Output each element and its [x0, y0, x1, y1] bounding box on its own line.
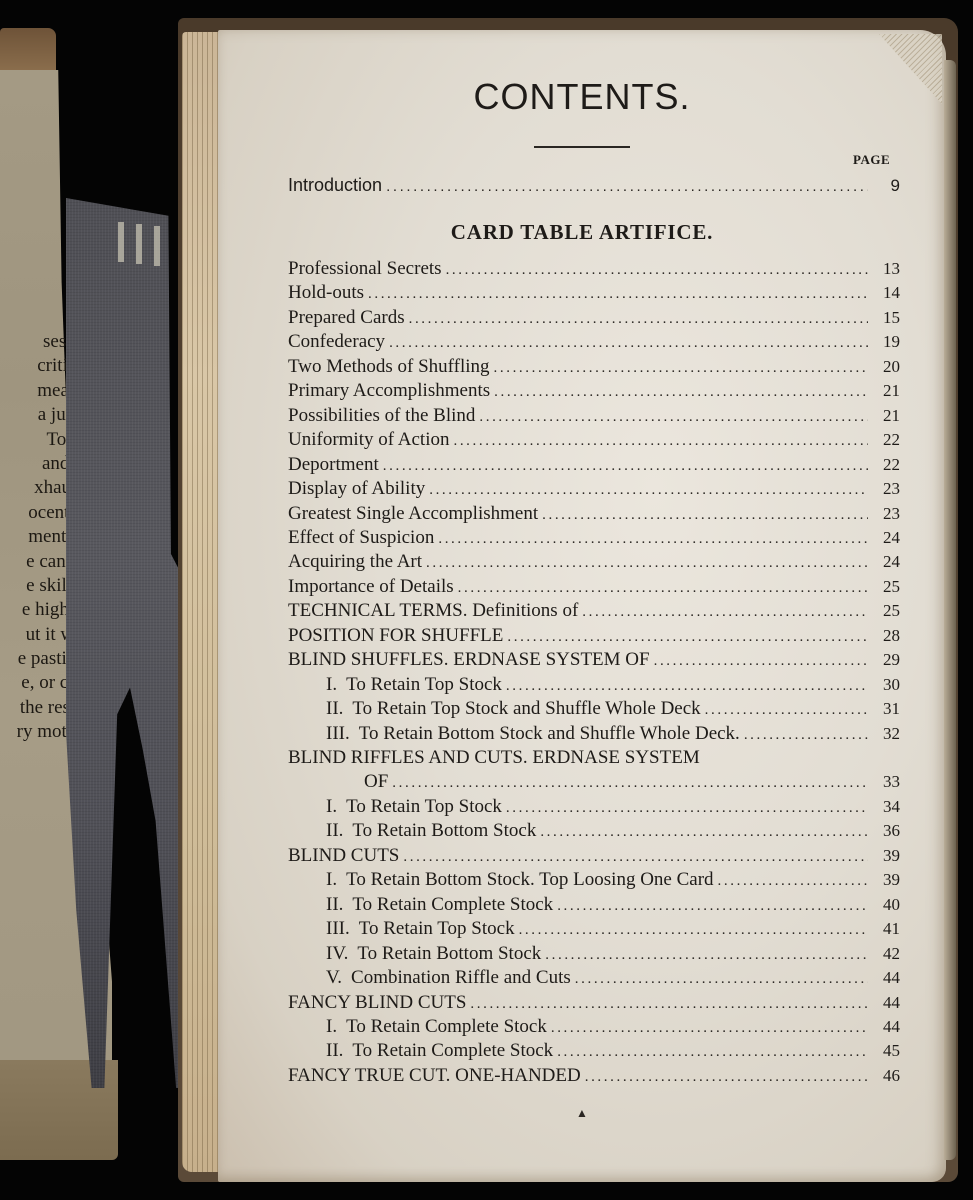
roman-numeral: II. [326, 894, 343, 916]
page-column-label: PAGE [853, 152, 890, 168]
dot-leader [494, 360, 868, 377]
toc-page-number: 22 [872, 430, 900, 450]
toc-entry-text: Effect of Suspicion [288, 527, 434, 548]
toc-entry[interactable]: I.To Retain Top Stock34 [288, 796, 900, 820]
binding-stitch [136, 224, 142, 264]
toc-page-number: 34 [872, 797, 900, 817]
signature-mark: ▲ [576, 1106, 588, 1121]
dot-leader [705, 702, 868, 719]
toc-entry-text: To Retain Bottom Stock [357, 943, 541, 964]
toc-entry-text: To Retain Top Stock [346, 796, 502, 817]
toc-entry[interactable]: Greatest Single Accomplishment23 [288, 503, 900, 527]
dot-leader [545, 947, 868, 964]
toc-page-number: 44 [872, 1017, 900, 1037]
toc-entry-title: Possibilities of the Blind [288, 405, 475, 427]
toc-entry-title: Introduction [288, 175, 382, 196]
dot-leader [507, 629, 868, 646]
toc-entry-title: Importance of Details [288, 576, 454, 598]
toc-entry-text: Confederacy [288, 331, 385, 352]
toc-entry[interactable]: I.To Retain Bottom Stock. Top Loosing On… [288, 869, 900, 893]
toc-entry-title: I.To Retain Top Stock [326, 674, 502, 696]
toc-page-number: 39 [872, 870, 900, 890]
toc-entry-text: Greatest Single Accomplishment [288, 503, 538, 524]
toc-entry-title: III.To Retain Bottom Stock and Shuffle W… [326, 723, 740, 745]
toc-page-number: 33 [872, 772, 900, 792]
toc-page-number: 25 [872, 577, 900, 597]
toc-page-number: 21 [872, 406, 900, 426]
toc-entry[interactable]: III.To Retain Bottom Stock and Shuffle W… [288, 723, 900, 747]
binding-stitch [118, 222, 124, 262]
dot-leader [540, 824, 868, 841]
toc-entry-text: To Retain Bottom Stock [352, 820, 536, 841]
dot-leader [744, 727, 868, 744]
toc-entry[interactable]: Two Methods of Shuffling20 [288, 356, 900, 380]
toc-entry[interactable]: III.To Retain Top Stock41 [288, 918, 900, 942]
toc-entry-title: Professional Secrets [288, 258, 442, 280]
toc-entry-title: Display of Ability [288, 478, 425, 500]
roman-numeral: II. [326, 820, 343, 842]
toc-page-number: 45 [872, 1041, 900, 1061]
toc-entry-text: Combination Riffle and Cuts [351, 967, 571, 988]
toc-page-number: 14 [872, 283, 900, 303]
toc-entry-title: BLIND RIFFLES AND CUTS. ERDNASE SYSTEM [288, 747, 700, 769]
toc-entry-title: Deportment [288, 454, 379, 476]
toc-entry[interactable]: Possibilities of the Blind21 [288, 405, 900, 429]
toc-entry[interactable]: Prepared Cards15 [288, 307, 900, 331]
dot-leader [718, 873, 868, 890]
toc-page-number: 20 [872, 357, 900, 377]
dot-leader [585, 1069, 868, 1086]
toc-page-number: 42 [872, 944, 900, 964]
toc-page-number: 13 [872, 259, 900, 279]
dot-leader [426, 555, 868, 572]
toc-entry-text: TECHNICAL TERMS. Definitions of [288, 600, 578, 621]
toc-page-number: 24 [872, 528, 900, 548]
toc-entry-text: To Retain Complete Stock [352, 1040, 553, 1061]
dot-leader [458, 580, 868, 597]
toc-entry[interactable]: Professional Secrets13 [288, 258, 900, 282]
roman-numeral: III. [326, 723, 350, 745]
toc-entry-title: III.To Retain Top Stock [326, 918, 515, 940]
toc-entry-text: Uniformity of Action [288, 429, 449, 450]
toc-page-number: 24 [872, 552, 900, 572]
toc-entry[interactable]: Display of Ability23 [288, 478, 900, 502]
toc-entry-text: Importance of Details [288, 576, 454, 597]
toc-page-number: 29 [872, 650, 900, 670]
toc-entry-text: BLIND SHUFFLES. ERDNASE SYSTEM OF [288, 649, 650, 670]
dot-leader [575, 971, 868, 988]
dot-leader [392, 775, 868, 792]
toc-page-number: 39 [872, 846, 900, 866]
toc-entry-title: FANCY TRUE CUT. ONE-HANDED [288, 1065, 581, 1087]
dot-leader [557, 898, 868, 915]
toc-entry[interactable]: Confederacy19 [288, 331, 900, 355]
toc-page-number: 15 [872, 308, 900, 328]
toc-page-number: 9 [872, 176, 900, 196]
roman-numeral: IV. [326, 943, 348, 965]
toc-page-number: 19 [872, 332, 900, 352]
toc-entry[interactable]: Acquiring the Art24 [288, 551, 900, 575]
toc-entry-text: Primary Accomplishments [288, 380, 490, 401]
toc-page-number: 25 [872, 601, 900, 621]
toc-entry-text: To Retain Top Stock [346, 674, 502, 695]
toc-entry-text: To Retain Top Stock and Shuffle Whole De… [352, 698, 700, 719]
toc-entry[interactable]: BLIND SHUFFLES. ERDNASE SYSTEM OF29 [288, 649, 900, 673]
toc-entry-title: BLIND CUTS [288, 845, 399, 867]
toc-page-number: 46 [872, 1066, 900, 1086]
toc-page-number: 22 [872, 455, 900, 475]
roman-numeral: I. [326, 869, 337, 891]
toc-entry-text: Professional Secrets [288, 258, 442, 279]
dot-leader [383, 458, 868, 475]
toc-entry-title: POSITION FOR SHUFFLE [288, 625, 503, 647]
toc-entry[interactable]: BLIND CUTS39 [288, 845, 900, 869]
toc-entry[interactable]: IV.To Retain Bottom Stock42 [288, 943, 900, 967]
toc-entry-title: II.To Retain Top Stock and Shuffle Whole… [326, 698, 701, 720]
toc-entry-text: FANCY TRUE CUT. ONE-HANDED [288, 1065, 581, 1086]
section-heading: CARD TABLE ARTIFICE. [218, 220, 946, 245]
roman-numeral: I. [326, 1016, 337, 1038]
toc-entry-title: Greatest Single Accomplishment [288, 503, 538, 525]
dot-leader [446, 262, 868, 279]
toc-entry-title: I.To Retain Top Stock [326, 796, 502, 818]
roman-numeral: I. [326, 796, 337, 818]
toc-entry-title: Prepared Cards [288, 307, 405, 329]
dot-leader [654, 653, 868, 670]
toc-entry-introduction[interactable]: Introduction 9 [288, 175, 900, 199]
toc-page-number: 41 [872, 919, 900, 939]
dot-leader [557, 1044, 868, 1061]
title-divider [534, 146, 630, 148]
toc-entry-title: II.To Retain Complete Stock [326, 894, 553, 916]
toc-page-number: 28 [872, 626, 900, 646]
toc-entry-text: To Retain Bottom Stock and Shuffle Whole… [359, 723, 740, 744]
dot-leader [582, 604, 868, 621]
dot-leader [519, 922, 868, 939]
toc-entry-text: Hold-outs [288, 282, 364, 303]
toc-entry-text: BLIND CUTS [288, 845, 399, 866]
toc-entry-text: To Retain Complete Stock [346, 1016, 547, 1037]
dot-leader [409, 311, 868, 328]
toc-entry-title: Confederacy [288, 331, 385, 353]
toc-entry-title: V.Combination Riffle and Cuts [326, 967, 571, 989]
toc-entry-title: Primary Accomplishments [288, 380, 490, 402]
dot-leader [403, 849, 868, 866]
toc-entry[interactable]: TECHNICAL TERMS. Definitions of25 [288, 600, 900, 624]
toc-entry-title: TECHNICAL TERMS. Definitions of [288, 600, 578, 622]
roman-numeral: II. [326, 1040, 343, 1062]
cloth-spine [66, 198, 194, 1088]
toc-entry-text: To Retain Bottom Stock. Top Loosing One … [346, 869, 713, 890]
toc-page-number: 36 [872, 821, 900, 841]
toc-entry-text: To Retain Complete Stock [352, 894, 553, 915]
toc-entry-text: FANCY BLIND CUTS [288, 992, 466, 1013]
toc-entry-text: POSITION FOR SHUFFLE [288, 625, 503, 646]
toc-page-number: 44 [872, 993, 900, 1013]
toc-entry-title: FANCY BLIND CUTS [288, 992, 466, 1014]
toc-entry-title: BLIND SHUFFLES. ERDNASE SYSTEM OF [288, 649, 650, 671]
toc-entry-title: I.To Retain Bottom Stock. Top Loosing On… [326, 869, 714, 891]
toc-entry-title: Effect of Suspicion [288, 527, 434, 549]
toc-entry[interactable]: II.To Retain Bottom Stock36 [288, 820, 900, 844]
toc-entry-text: BLIND RIFFLES AND CUTS. ERDNASE SYSTEM [288, 747, 700, 768]
toc-entry-title: IV.To Retain Bottom Stock [326, 943, 541, 965]
toc-page-number: 30 [872, 675, 900, 695]
dot-leader [438, 531, 868, 548]
dot-leader [494, 384, 868, 401]
toc-entry[interactable]: Importance of Details25 [288, 576, 900, 600]
roman-numeral: II. [326, 698, 343, 720]
toc-entry[interactable]: II.To Retain Complete Stock40 [288, 894, 900, 918]
toc-page-number: 23 [872, 504, 900, 524]
dot-leader [386, 178, 868, 195]
dot-leader [429, 482, 868, 499]
roman-numeral: III. [326, 918, 350, 940]
toc-entry[interactable]: Primary Accomplishments21 [288, 380, 900, 404]
toc-entry[interactable]: OF33 [288, 771, 900, 795]
toc-entry-text: Acquiring the Art [288, 551, 422, 572]
toc-page-number: 40 [872, 895, 900, 915]
toc-entry-title: Uniformity of Action [288, 429, 449, 451]
toc-entry[interactable]: FANCY BLIND CUTS44 [288, 992, 900, 1016]
toc-entry[interactable]: POSITION FOR SHUFFLE28 [288, 625, 900, 649]
toc-entry[interactable]: Deportment22 [288, 454, 900, 478]
toc-entry[interactable]: Hold-outs14 [288, 282, 900, 306]
roman-numeral: V. [326, 967, 342, 989]
toc-entry-text: Two Methods of Shuffling [288, 356, 490, 377]
toc-entry-text: OF [364, 771, 388, 792]
dot-leader [389, 335, 868, 352]
toc-page-number: 31 [872, 699, 900, 719]
toc-entry[interactable]: FANCY TRUE CUT. ONE-HANDED46 [288, 1065, 900, 1089]
dot-leader [368, 286, 868, 303]
toc-entry[interactable]: Uniformity of Action22 [288, 429, 900, 453]
toc-entry[interactable]: Effect of Suspicion24 [288, 527, 900, 551]
toc-entry-text: Display of Ability [288, 478, 425, 499]
toc-entry[interactable]: BLIND RIFFLES AND CUTS. ERDNASE SYSTEM [288, 747, 900, 771]
page-title: CONTENTS. [218, 76, 946, 118]
toc-entry-title: OF [364, 771, 388, 793]
dot-leader [551, 1020, 868, 1037]
toc-entry-title: Two Methods of Shuffling [288, 356, 490, 378]
toc-entry[interactable]: I.To Retain Complete Stock44 [288, 1016, 900, 1040]
toc-page-number: 44 [872, 968, 900, 988]
toc-entry-title: Hold-outs [288, 282, 364, 304]
binding-stitch [154, 226, 160, 266]
dot-leader [453, 433, 868, 450]
toc-entry-text: Prepared Cards [288, 307, 405, 328]
roman-numeral: I. [326, 674, 337, 696]
toc-entry[interactable]: II.To Retain Complete Stock45 [288, 1040, 900, 1064]
toc-entry[interactable]: II.To Retain Top Stock and Shuffle Whole… [288, 698, 900, 722]
toc-entry-title: Acquiring the Art [288, 551, 422, 573]
toc-page-number: 23 [872, 479, 900, 499]
toc-entry-title: II.To Retain Complete Stock [326, 1040, 553, 1062]
toc-entry[interactable]: I.To Retain Top Stock30 [288, 674, 900, 698]
dot-leader [470, 996, 868, 1013]
dot-leader [542, 507, 868, 524]
toc-entry-title: II.To Retain Bottom Stock [326, 820, 536, 842]
dot-leader [479, 409, 868, 426]
toc-entry-text: To Retain Top Stock [359, 918, 515, 939]
toc-entry-text: Possibilities of the Blind [288, 405, 475, 426]
toc-page-number: 21 [872, 381, 900, 401]
toc-page-number: 32 [872, 724, 900, 744]
dot-leader [506, 800, 868, 817]
toc-entry-title: I.To Retain Complete Stock [326, 1016, 547, 1038]
toc-entry-text: Deportment [288, 454, 379, 475]
dot-leader [506, 678, 868, 695]
toc-entry[interactable]: V.Combination Riffle and Cuts44 [288, 967, 900, 991]
